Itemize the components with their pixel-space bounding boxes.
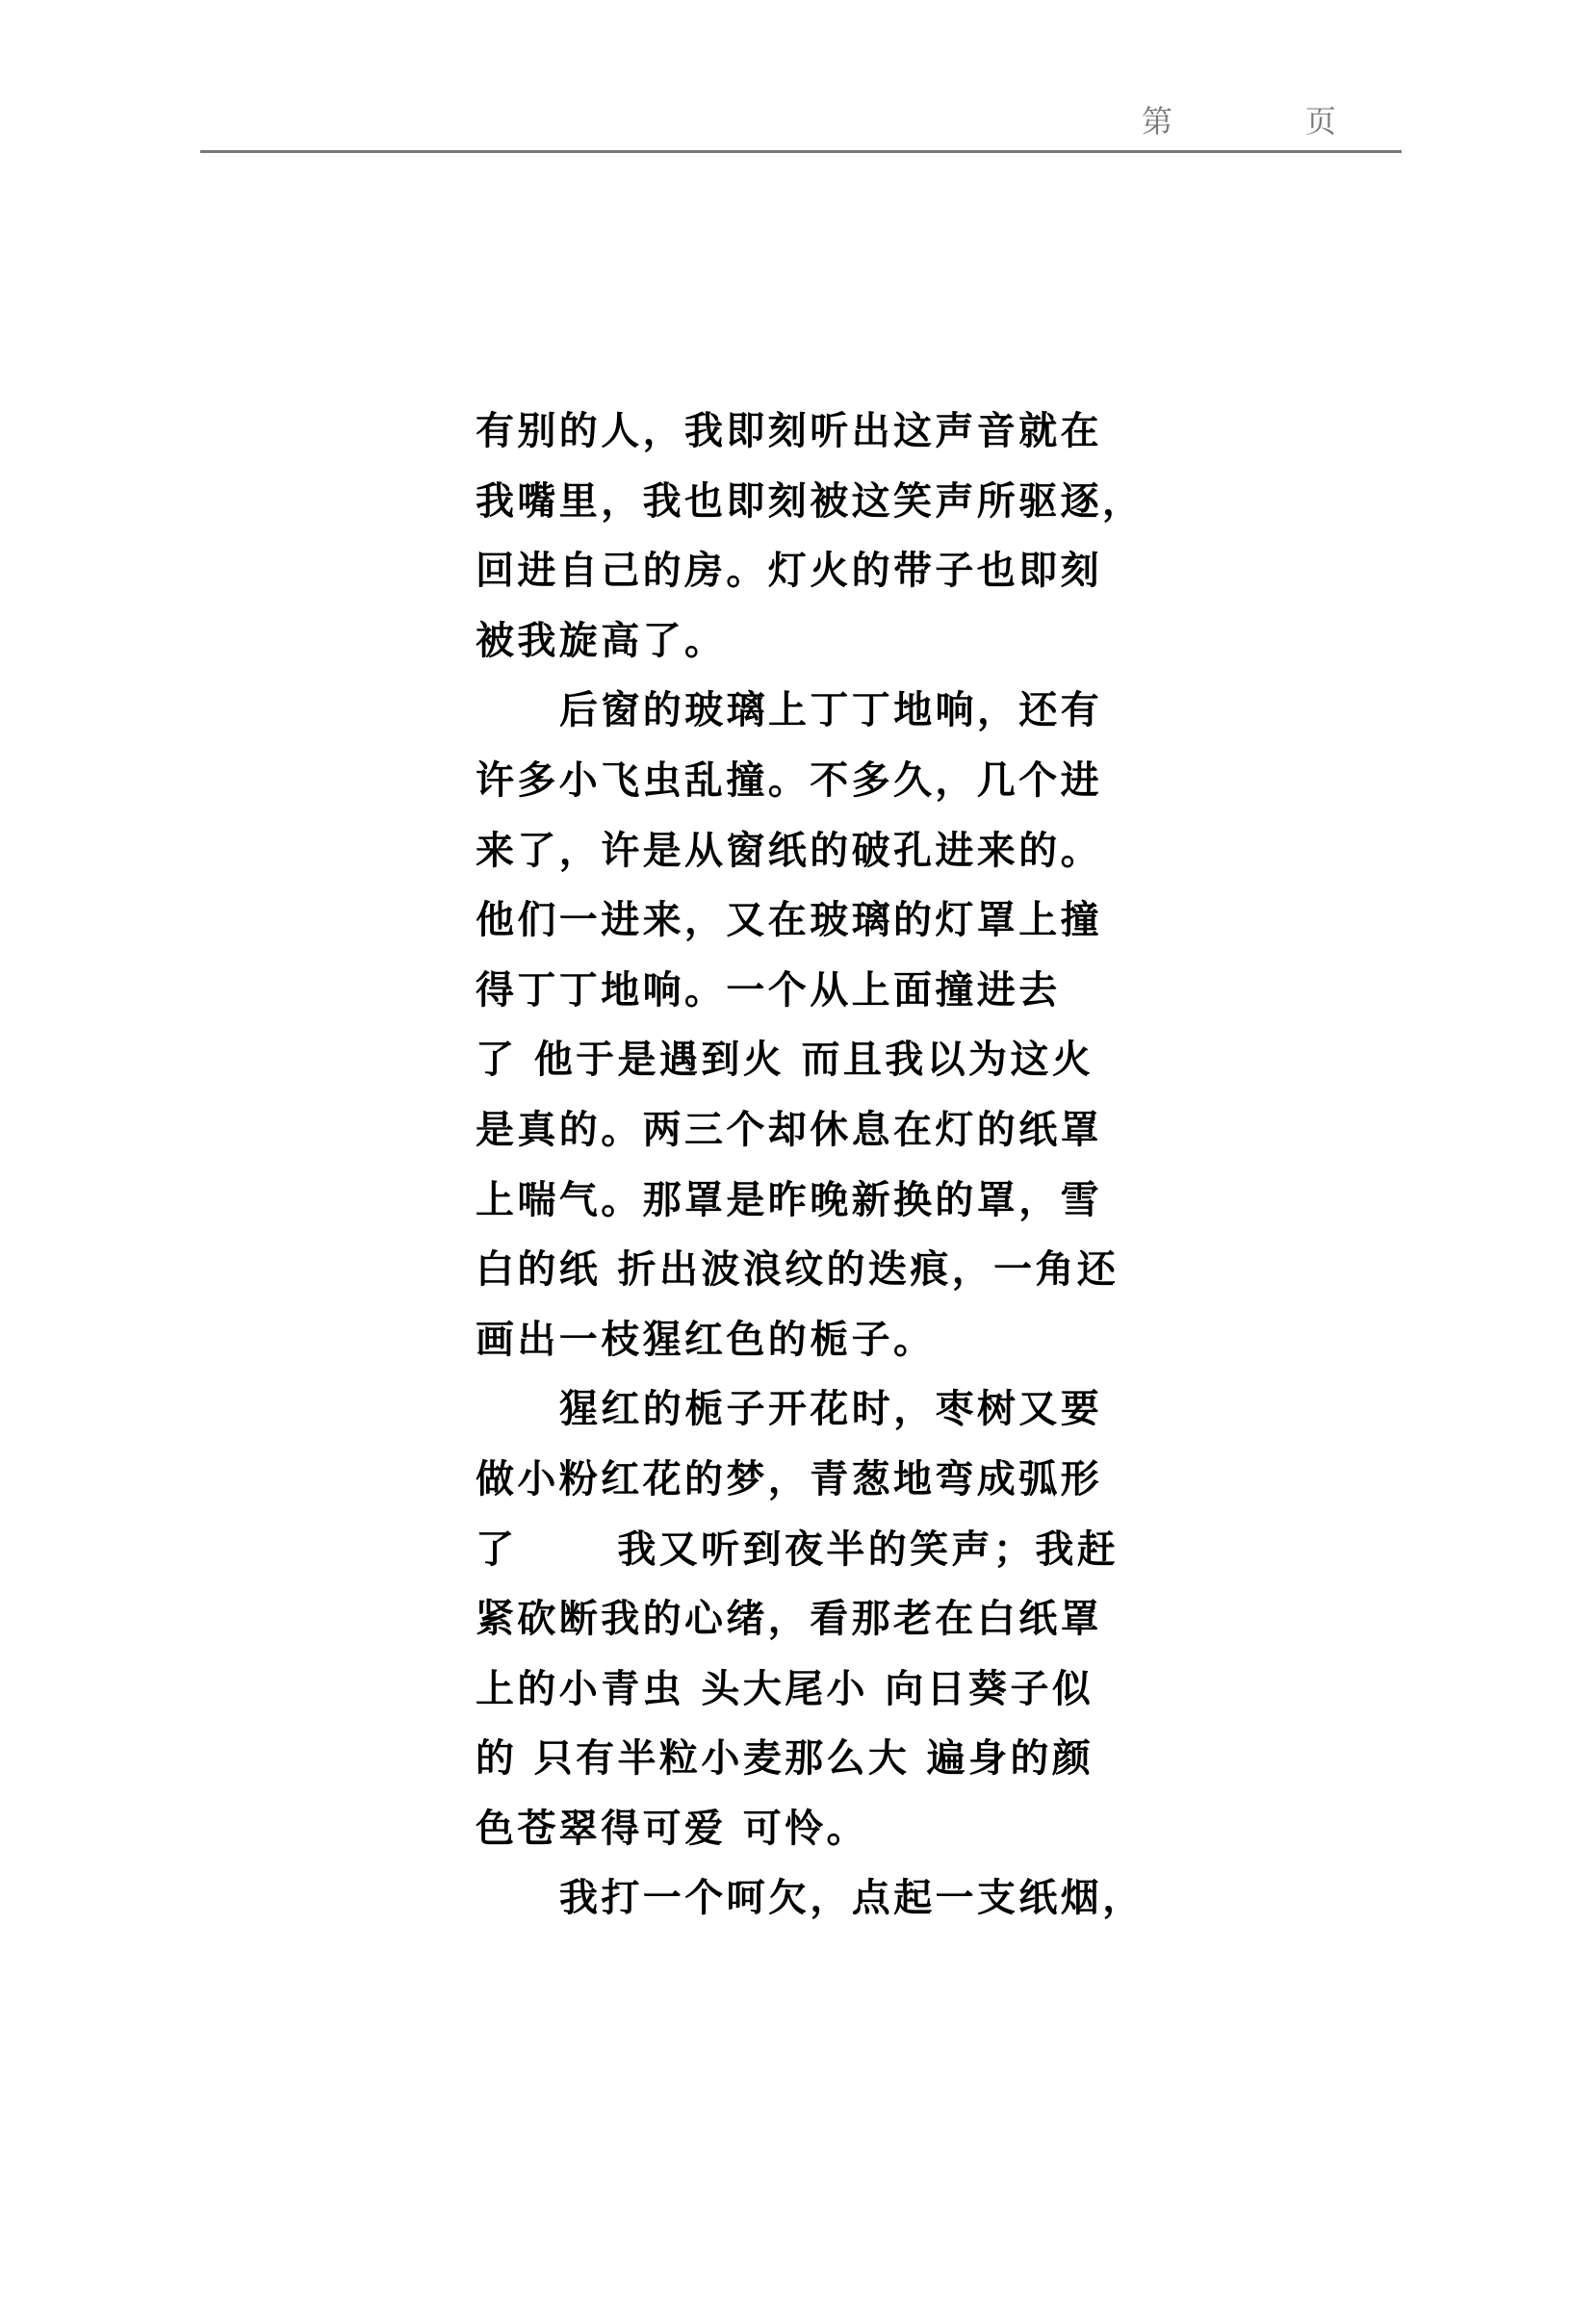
text-line: 了 他于是遇到火 而且我以为这火 xyxy=(476,1025,1130,1095)
text-line: 画出一枝猩红色的栀子。 xyxy=(476,1305,1130,1375)
text-line: 我嘴里，我也即刻被这笑声所驱逐， xyxy=(476,467,1130,537)
text-line: 得丁丁地响。一个从上面撞进去 xyxy=(476,956,1130,1026)
text-line: 是真的。两三个却休息在灯的纸罩 xyxy=(476,1095,1130,1166)
paragraph-start-line: 后窗的玻璃上丁丁地响，还有 xyxy=(476,676,1130,746)
text-line: 来了，许是从窗纸的破孔进来的。 xyxy=(476,816,1130,886)
page-label-prefix: 第 xyxy=(1142,102,1172,141)
text-line: 的 只有半粒小麦那么大 遍身的颜 xyxy=(476,1724,1130,1794)
text-line: 做小粉红花的梦，青葱地弯成弧形 xyxy=(476,1445,1130,1515)
text-line: 上喘气。那罩是昨晚新换的罩，雪 xyxy=(476,1166,1130,1236)
text-line: 许多小飞虫乱撞。不多久，几个进 xyxy=(476,746,1130,816)
text-line: 紧砍断我的心绪，看那老在白纸罩 xyxy=(476,1584,1130,1655)
text-line: 上的小青虫 头大尾小 向日葵子似 xyxy=(476,1655,1130,1725)
body-text: 有别的人，我即刻听出这声音就在 我嘴里，我也即刻被这笑声所驱逐， 回进自己的房。… xyxy=(476,397,1130,1934)
paragraph-start-line: 我打一个呵欠，点起一支纸烟， xyxy=(476,1863,1130,1934)
text-line: 色苍翠得可爱 可怜。 xyxy=(476,1794,1130,1864)
paragraph-start-line: 猩红的栀子开花时，枣树又要 xyxy=(476,1374,1130,1445)
text-line: 了 我又听到夜半的笑声；我赶 xyxy=(476,1515,1130,1585)
page-header: 第 页 xyxy=(200,0,1402,153)
text-line: 回进自己的房。灯火的带子也即刻 xyxy=(476,536,1130,606)
header-rule xyxy=(200,150,1402,153)
text-line: 有别的人，我即刻听出这声音就在 xyxy=(476,397,1130,467)
page-label-suffix: 页 xyxy=(1305,102,1336,141)
text-line: 他们一进来，又在玻璃的灯罩上撞 xyxy=(476,885,1130,956)
text-line: 白的纸 折出波浪纹的迭痕，一角还 xyxy=(476,1235,1130,1305)
text-line: 被我旋高了。 xyxy=(476,606,1130,677)
